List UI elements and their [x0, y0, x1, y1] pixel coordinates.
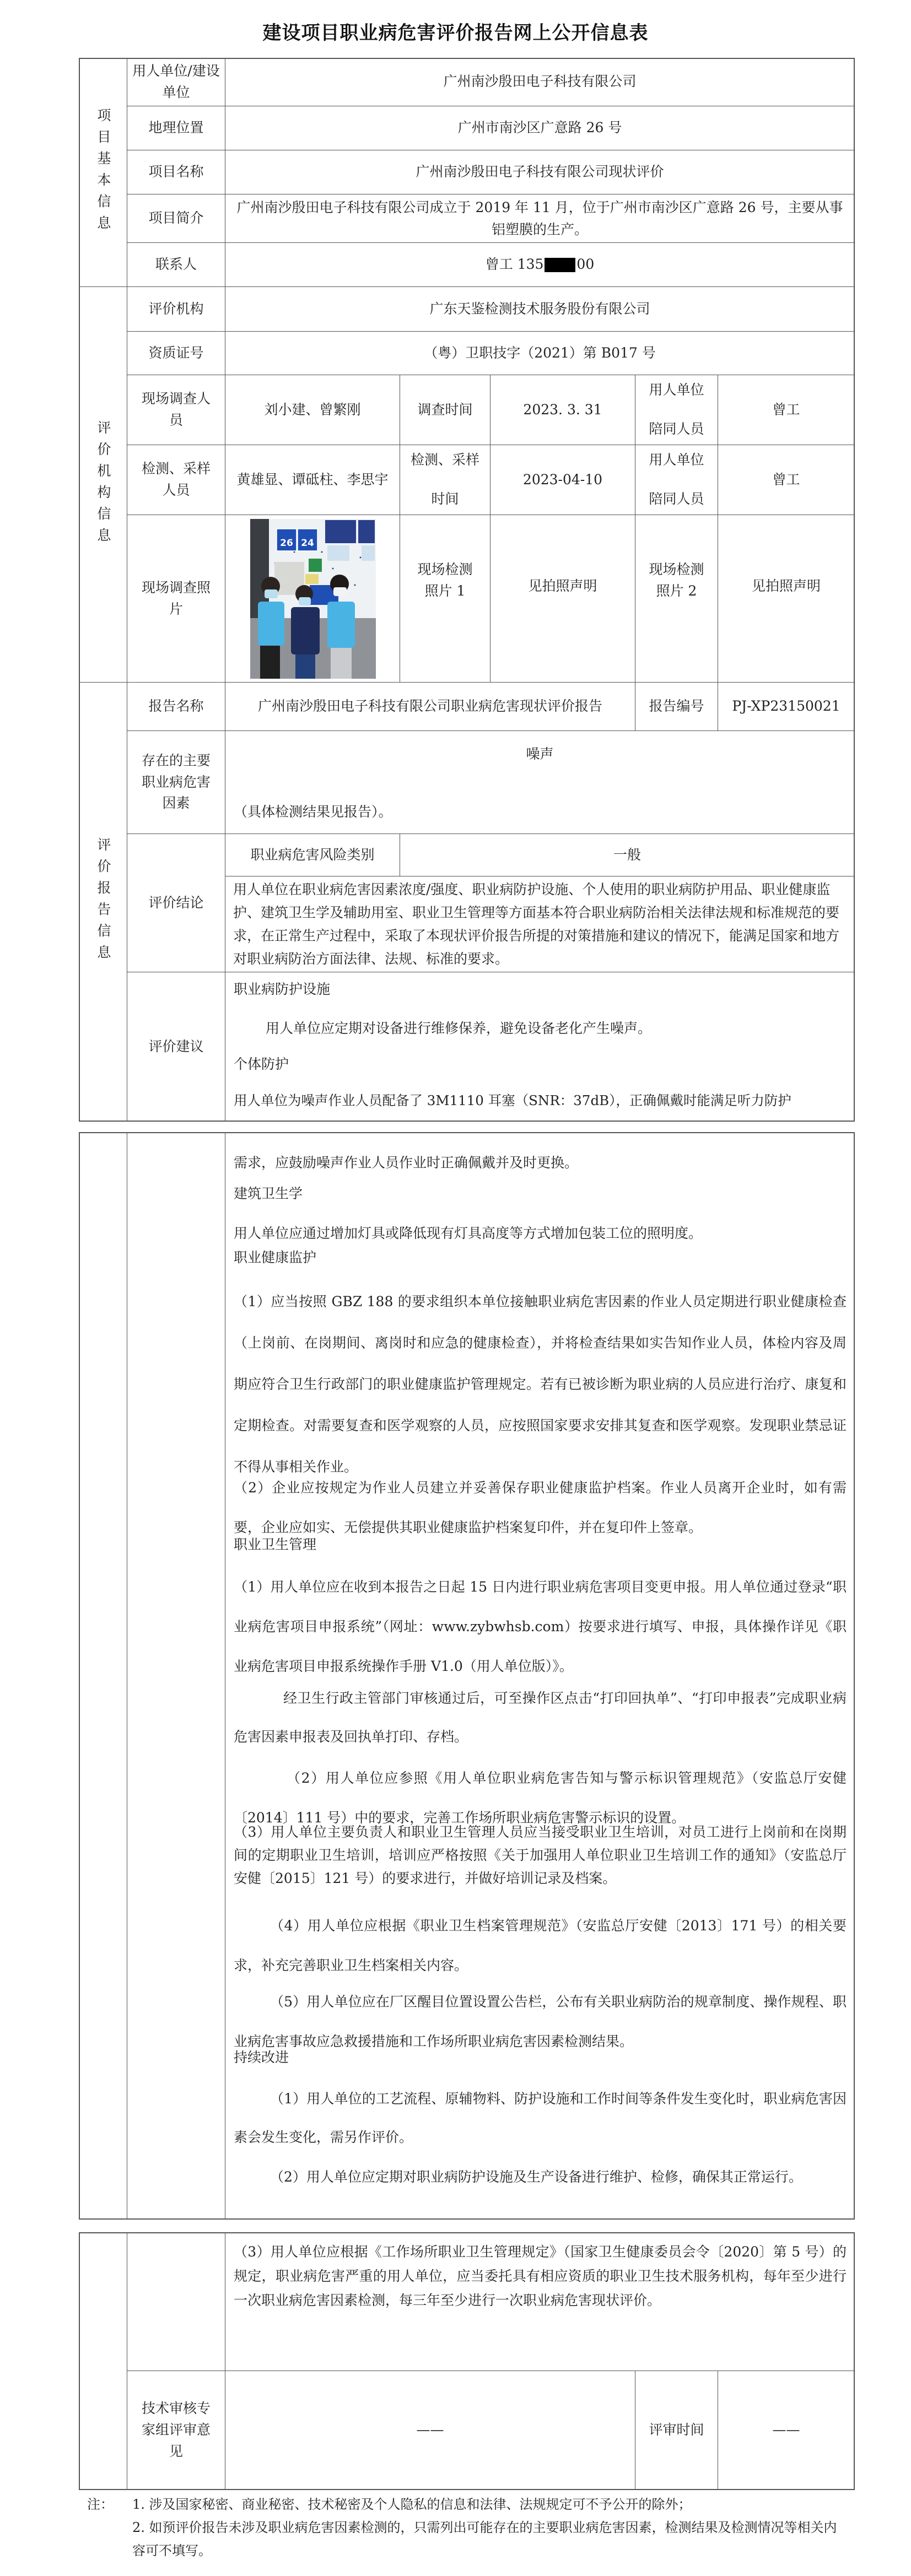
- report-no-value: PJ-XP23150021: [718, 683, 854, 731]
- advice-p1-ppe: 用人单位为噪声作业人员配备了 3M1110 耳塞（SNR：37dB），正确佩戴时…: [234, 1091, 791, 1111]
- advice-label-cont-2: [127, 2232, 225, 2371]
- advice-p2-mgmt-1: （1）用人单位应在收到本报告之日起 15 日内进行职业病危害项目变更申报。用人单…: [234, 1567, 847, 1686]
- svg-text:26: 26: [280, 538, 293, 549]
- section-label: 项目基本信息: [92, 108, 114, 237]
- page-title: 建设项目职业病危害评价报告网上公开信息表: [0, 18, 911, 45]
- section-label: 评价机构信息: [92, 420, 114, 549]
- report-name-value: 广州南沙殷田电子科技有限公司职业病危害现状评价报告: [225, 683, 635, 731]
- conclusion-label: 评价结论: [127, 834, 225, 972]
- section-report-info: 评价报告信息: [79, 683, 127, 1121]
- photo-illustration: 26 24: [250, 519, 376, 679]
- project-name-value: 广州南沙殷田电子科技有限公司现状评价: [225, 150, 854, 194]
- detect-photo2-value: 见拍照声明: [718, 515, 854, 683]
- review-time-value: ——: [718, 2371, 854, 2490]
- employer-label: 用人单位/建设单位: [127, 58, 225, 106]
- advice-p2-building: 用人单位应通过增加灯具或降低现有灯具高度等方式增加包装工位的照明度。: [234, 1223, 702, 1244]
- risk-label: 职业病危害风险类别: [225, 834, 400, 876]
- accompany-value-2: 曾工: [718, 445, 854, 515]
- hazard-label: 存在的主要职业病危害因素: [127, 731, 225, 834]
- hazard-value: 噪声: [225, 744, 854, 765]
- sampling-staff-label: 检测、采样人员: [127, 445, 225, 515]
- advice-p2-heading-improve: 持续改进: [234, 2047, 289, 2068]
- section-report-info-cont-2: [79, 2232, 127, 2490]
- advice-p2-mgmt-3: （3）用人单位主要负责人和职业卫生管理人员应当接受职业卫生培训，对员工进行上岗前…: [234, 1821, 847, 1890]
- report-no-label: 报告编号: [635, 683, 718, 731]
- section-report-info-cont: [79, 1132, 127, 2219]
- advice-p1-heading-protection: 职业病防护设施: [234, 979, 330, 1000]
- section-basic-info: 项目基本信息: [79, 58, 127, 287]
- advice-p2-heading-health: 职业健康监护: [234, 1247, 316, 1268]
- accompany-label-2: 用人单位 陪同人员: [635, 445, 718, 515]
- sampling-time-label: 检测、采样 时间: [400, 445, 490, 515]
- project-intro-label: 项目简介: [127, 194, 225, 243]
- sampling-staff-value: 黄雄显、谭砥柱、李思宇: [225, 445, 400, 515]
- advice-p2-mgmt-5: （5）用人单位应在厂区醒目位置设置公告栏，公布有关职业病防治的规章制度、操作规程…: [234, 1982, 847, 2061]
- survey-photo-label: 现场调查照片: [127, 515, 225, 683]
- agency-value: 广东天鉴检测技术服务股份有限公司: [225, 287, 854, 332]
- accompany-value-1: 曾工: [718, 375, 854, 445]
- detect-photo1-value: 见拍照声明: [490, 515, 635, 683]
- advice-p3: （3）用人单位应根据《工作场所职业卫生管理规定》（国家卫生健康委员会令〔2020…: [234, 2240, 847, 2313]
- note-item-2: 2. 如预评价报告未涉及职业病危害因素检测的，只需列出可能存在的主要职业病危害因…: [132, 2516, 849, 2562]
- cert-label: 资质证号: [127, 332, 225, 375]
- advice-p2-mgmt-1b: 经卫生行政主管部门审核通过后，可至操作区点击“打印回执单”、“打印申报表”完成职…: [234, 1679, 847, 1756]
- location-value: 广州市南沙区广意路 26 号: [225, 106, 854, 150]
- advice-p2-heading-building: 建筑卫生学: [234, 1183, 303, 1204]
- advice-p2-improve-2: （2）用人单位应定期对职业病防护设施及生产设备进行维护、检修，确保其正常运行。: [234, 2158, 847, 2196]
- survey-time-label: 调查时间: [400, 375, 490, 445]
- location-label: 地理位置: [127, 106, 225, 150]
- notes-prefix: 注：: [87, 2493, 114, 2516]
- advice-p2-health-2: （2）企业应按规定为作业人员建立并妥善保存职业健康监护档案。作业人员离开企业时，…: [234, 1468, 847, 1547]
- contact-value: 曾工 13500: [225, 243, 854, 287]
- section-label: 评价报告信息: [92, 837, 114, 966]
- expert-value: ——: [225, 2371, 635, 2490]
- svg-text:24: 24: [301, 538, 314, 549]
- hazard-note: （具体检测结果见报告）。: [234, 802, 392, 822]
- advice-p2-0: 需求，应鼓励噪声作业人员作业时正确佩戴并及时更换。: [234, 1152, 578, 1173]
- advice-label-cont: [127, 1132, 225, 2219]
- detect-photo1-label: 现场检测照片 1: [400, 515, 490, 683]
- agency-label: 评价机构: [127, 287, 225, 332]
- note-item-1: 1. 涉及国家秘密、商业秘密、技术秘密及个人隐私的信息和法律、法规规定可不予公开…: [132, 2493, 849, 2516]
- survey-time-value: 2023. 3. 31: [490, 375, 635, 445]
- advice-p1-protection: 用人单位应定期对设备进行维修保养，避免设备老化产生噪声。: [266, 1018, 651, 1039]
- section-agency-info: 评价机构信息: [79, 287, 127, 683]
- survey-staff-value: 刘小建、曾繁刚: [225, 375, 400, 445]
- advice-p2-improve-1: （1）用人单位的工艺流程、原辅物料、防护设施和工作时间等条件发生变化时，职业病危…: [234, 2080, 847, 2157]
- contact-phone-prefix: 曾工 135: [486, 254, 544, 275]
- redaction-block: [545, 258, 575, 272]
- project-intro-value: 广州南沙殷田电子科技有限公司成立于 2019 年 11 月，位于广州市南沙区广意…: [225, 194, 854, 243]
- sampling-time-value: 2023-04-10: [490, 445, 635, 515]
- review-time-label: 评审时间: [635, 2371, 718, 2490]
- advice-p2-mgmt-4: （4）用人单位应根据《职业卫生档案管理规范》（安监总厅安健〔2013〕171 号…: [234, 1906, 847, 1985]
- survey-staff-label: 现场调查人员: [127, 375, 225, 445]
- conclusion-value: 用人单位在职业病危害因素浓度/强度、职业病防护设施、个人使用的职业病防护用品、职…: [225, 876, 854, 972]
- contact-phone-suffix: 00: [576, 254, 594, 275]
- contact-label: 联系人: [127, 243, 225, 287]
- expert-label: 技术审核专家组评审意见: [127, 2371, 225, 2490]
- cert-value: （粤）卫职技字（2021）第 B017 号: [225, 332, 854, 375]
- project-name-label: 项目名称: [127, 150, 225, 194]
- detect-photo2-label: 现场检测照片 2: [635, 515, 718, 683]
- advice-label: 评价建议: [127, 972, 225, 1121]
- advice-p1-heading-ppe: 个体防护: [234, 1054, 289, 1075]
- survey-photo: 26 24: [250, 519, 376, 679]
- advice-p2-health-1: （1）应当按照 GBZ 188 的要求组织本单位接触职业病危害因素的作业人员定期…: [234, 1281, 847, 1487]
- employer-value: 广州南沙殷田电子科技有限公司: [225, 58, 854, 106]
- report-name-label: 报告名称: [127, 683, 225, 731]
- advice-p2-heading-mgmt: 职业卫生管理: [234, 1534, 316, 1555]
- risk-value: 一般: [400, 834, 854, 876]
- accompany-label-1: 用人单位 陪同人员: [635, 375, 718, 445]
